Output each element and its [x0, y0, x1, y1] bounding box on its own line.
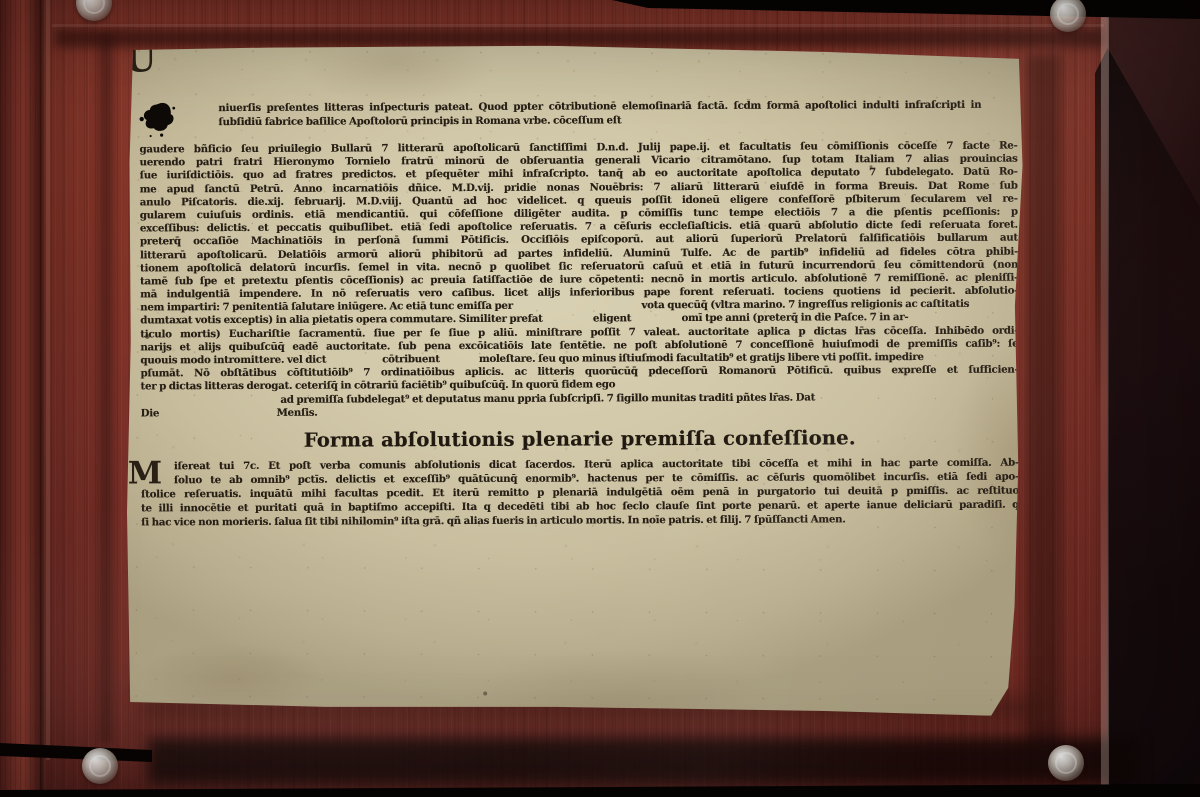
photo-vignette	[0, 0, 1200, 797]
museum-display-photo: U niuerſis preſentes litteras inſpecturi…	[0, 0, 1200, 797]
